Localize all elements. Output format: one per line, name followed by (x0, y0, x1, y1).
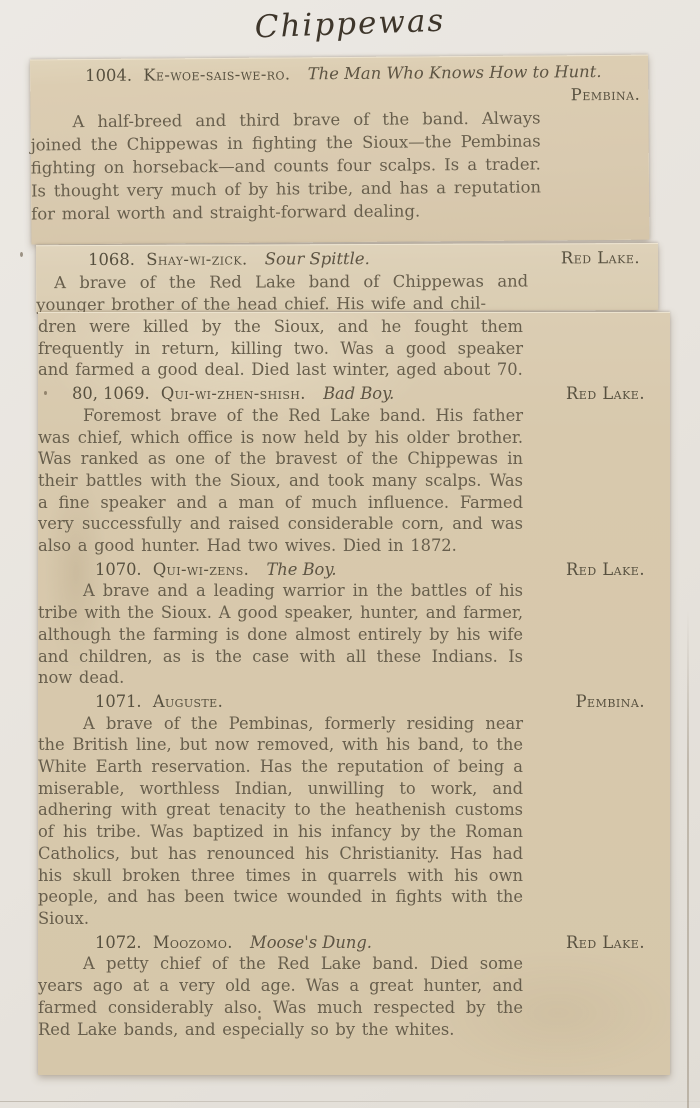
clipping-strip-3: dren were killed by the Sioux, and he fo… (38, 312, 670, 1075)
entry-name: Shay-wi-zick. (146, 249, 247, 268)
entry-name: Ke-woe-sais-we-ro. (143, 64, 290, 84)
entry-band: Red Lake. (566, 932, 645, 954)
entry-name: Qui-wi-zhen-shish. (161, 384, 306, 403)
entry-1069: 80, 1069. Qui-wi-zhen-shish. Bad Boy. Re… (38, 383, 670, 557)
entry-1072: 1072. Moozomo. Moose's Dung. Red Lake. A… (38, 932, 670, 1041)
entry-number: 1071. (95, 692, 142, 711)
entry-1004-headline: 1004. Ke-woe-sais-we-ro. The Man Who Kno… (85, 60, 640, 87)
entry-translation: Bad Boy. (323, 384, 394, 403)
paper-speck (20, 252, 23, 257)
entry-1068: 1068. Shay-wi-zick. Sour Spittle. Red La… (36, 247, 658, 317)
entry-translation: The Man Who Knows How to Hunt. (308, 62, 602, 83)
entry-body: A half-breed and third brave of the band… (30, 106, 541, 225)
entry-1068-body-continuation: dren were killed by the Sioux, and he fo… (38, 316, 523, 381)
entry-1068-headline: 1068. Shay-wi-zick. Sour Spittle. Red La… (88, 247, 640, 271)
entry-body: Foremost brave of the Red Lake band. His… (38, 405, 523, 557)
entry-translation: The Boy. (266, 560, 336, 579)
entry-band: Pembina. (571, 85, 641, 105)
entry-1071-headline: 1071. Auguste. Pembina. (95, 691, 645, 713)
entry-number: 80, 1069. (72, 384, 150, 403)
entry-body: A brave of the Pembinas, formerly residi… (38, 713, 523, 930)
entry-1004: 1004. Ke-woe-sais-we-ro. The Man Who Kno… (30, 60, 649, 226)
paper-speck (258, 1016, 261, 1020)
photo-edge-shadow (687, 610, 689, 1108)
entry-band: Pembina. (576, 691, 645, 713)
entry-body: A petty chief of the Red Lake band. Died… (38, 953, 523, 1040)
scanned-page-background: Chippewas 1004. Ke-woe-sais-we-ro. The M… (0, 0, 700, 1108)
handwritten-title: Chippewas (0, 0, 700, 54)
entry-number: 1072. (95, 933, 142, 952)
entry-band: Red Lake. (561, 247, 640, 270)
entry-name: Auguste. (153, 692, 223, 711)
entry-body: A brave and a leading warrior in the bat… (38, 580, 523, 689)
entry-translation: Sour Spittle. (265, 249, 370, 268)
paper-speck (44, 391, 47, 395)
entry-band: Red Lake. (566, 383, 645, 405)
entry-1070: 1070. Qui-wi-zens. The Boy. Red Lake. A … (38, 559, 670, 689)
entry-number: 1004. (85, 66, 132, 85)
clipping-strip-1: 1004. Ke-woe-sais-we-ro. The Man Who Kno… (30, 55, 649, 245)
entry-number: 1068. (88, 250, 135, 269)
entry-1070-headline: 1070. Qui-wi-zens. The Boy. Red Lake. (95, 559, 645, 581)
clipping-strip-2: 1068. Shay-wi-zick. Sour Spittle. Red La… (36, 243, 658, 312)
entry-1071: 1071. Auguste. Pembina. A brave of the P… (38, 691, 670, 930)
entry-number: 1070. (95, 560, 142, 579)
photo-bottom-shadow (0, 1101, 700, 1102)
entry-1072-headline: 1072. Moozomo. Moose's Dung. Red Lake. (95, 932, 645, 954)
entry-translation: Moose's Dung. (250, 933, 372, 952)
entry-body-part1: A brave of the Red Lake band of Chippewa… (36, 270, 528, 317)
entry-name: Qui-wi-zens. (153, 560, 249, 579)
entry-band: Red Lake. (566, 559, 645, 581)
entry-1069-headline: 80, 1069. Qui-wi-zhen-shish. Bad Boy. Re… (72, 383, 645, 405)
entry-name: Moozomo. (153, 933, 233, 952)
entry-1004-band-line: Pembina. (85, 83, 640, 110)
